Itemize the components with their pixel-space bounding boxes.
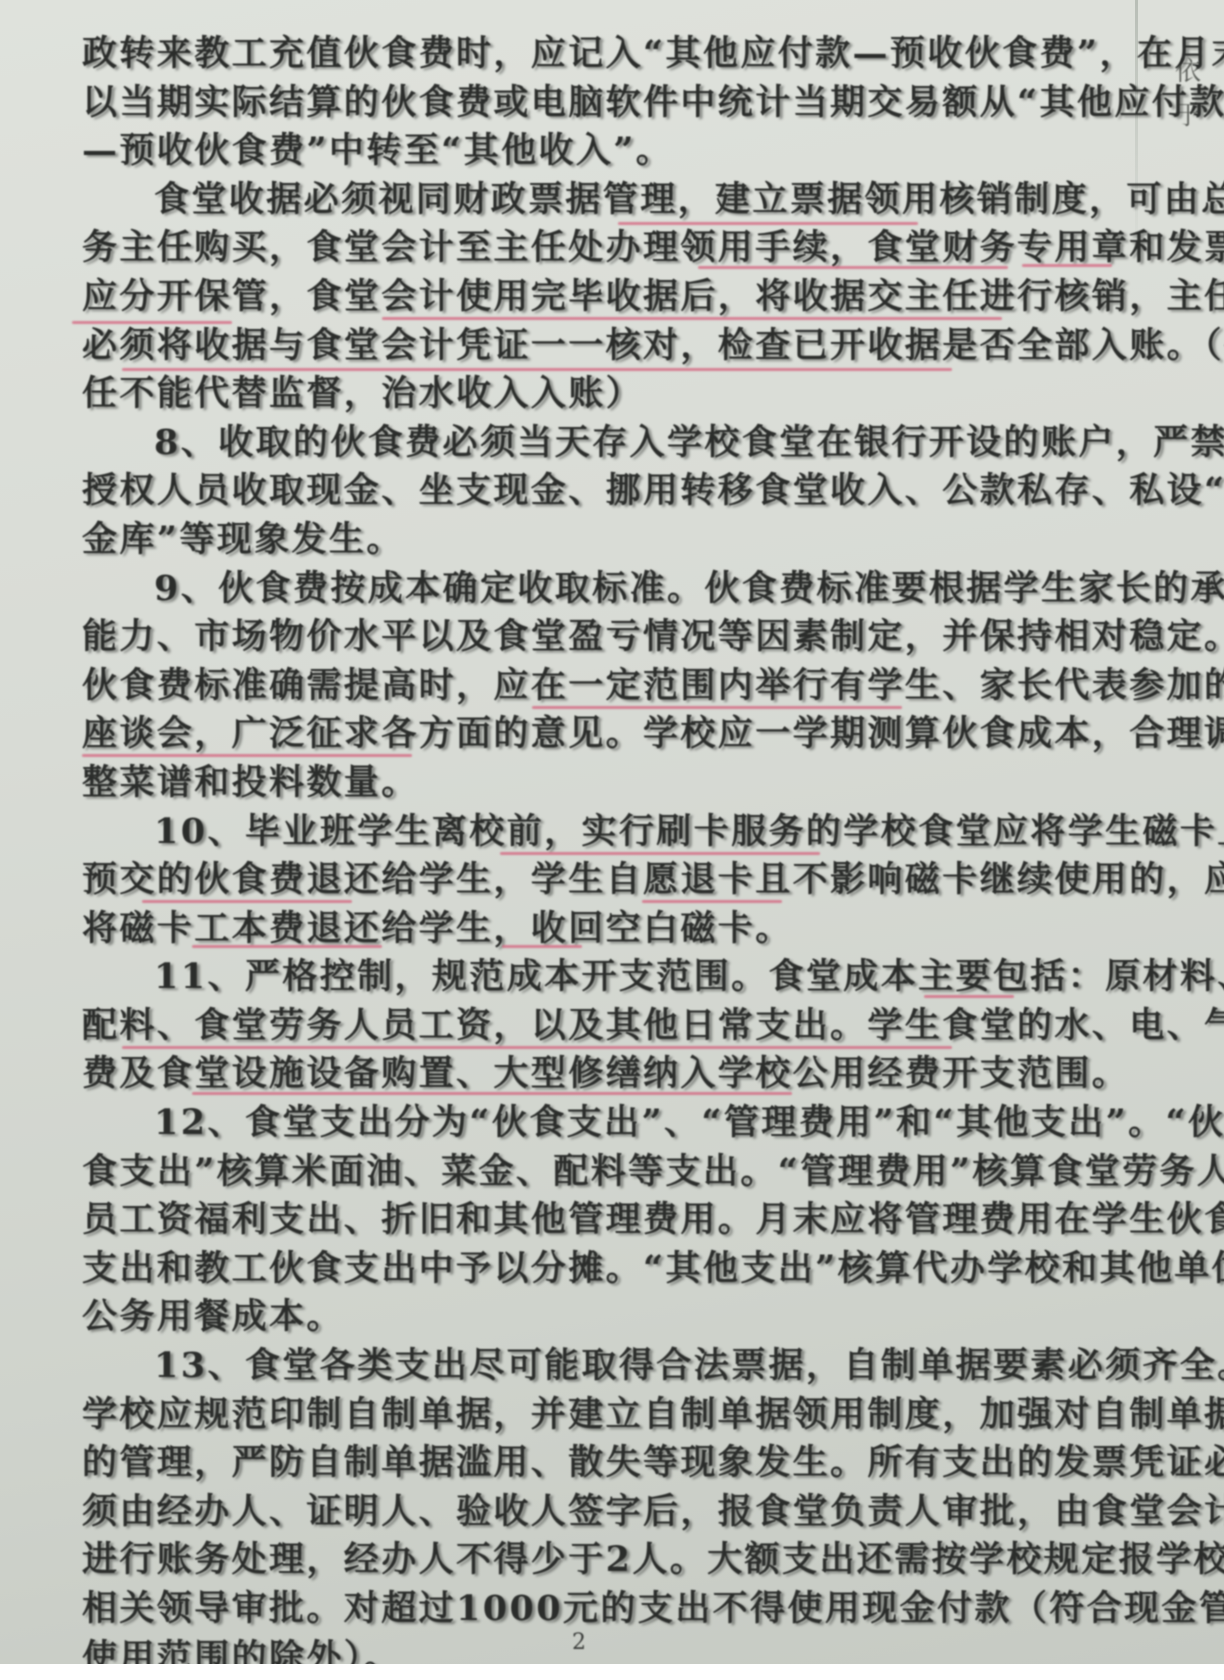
text-line-wrap: 11、严格控制，规范成本开支范围。食堂成本主要包括：原材料、 (82, 953, 1102, 1002)
text-line-wrap: 伙食费标准确需提高时，应在一定范围内举行有学生、家长代表参加的 (82, 662, 1102, 711)
text-line: 公务用餐成本。 (82, 1293, 1102, 1342)
handwritten-underline (502, 945, 582, 948)
text-line: 伙食费标准确需提高时，应在一定范围内举行有学生、家长代表参加的 (82, 665, 1224, 706)
text-line: 学校应规范印制自制单据，并建立自制单据领用制度，加强对自制单据 (82, 1391, 1102, 1440)
text-line-wrap: 应分开保管，食堂会计使用完毕收据后，将收据交主任进行核销，主任 (82, 273, 1102, 322)
text-line-wrap: 必须将收据与食堂会计凭证一一核对，检查已开收据是否全部入账。（信 (82, 322, 1102, 371)
text-line: 13、食堂各类支出尽可能取得合法票据，自制单据要素必须齐全。 (82, 1342, 1102, 1391)
text-line: 政转来教工充值伙食费时，应记入“其他应付款—预收伙食费”，在月末 (82, 30, 1102, 79)
text-line-wrap: 座谈会，广泛征求各方面的意见。学校应一学期测算伙食成本，合理调 (82, 710, 1102, 759)
text-line: 支出和教工伙食支出中予以分摊。“其他支出”核算代办学校和其他单位 (82, 1245, 1102, 1294)
text-line-wrap: 配料、食堂劳务人员工资，以及其他日常支出。学生食堂的水、电、气 (82, 1002, 1102, 1051)
handwritten-underline (192, 1092, 792, 1095)
text-line: 须由经办人、证明人、验收人签字后，报食堂负责人审批，由食堂会计 (82, 1488, 1102, 1537)
handwritten-underline (122, 1046, 952, 1049)
text-line: 相关领导审批。对超过1000元的支出不得使用现金付款（符合现金管理 (82, 1585, 1102, 1634)
text-line-wrap: 务主任购买，食堂会计至主任处办理领用手续，食堂财务专用章和发票 (82, 224, 1102, 273)
text-line: —预收伙食费”中转至“其他收入”。 (82, 127, 1102, 176)
text-line-wrap: 预交的伙食费退还给学生，学生自愿退卡且不影响磁卡继续使用的，应 (82, 856, 1102, 905)
text-line: 预交的伙食费退还给学生，学生自愿退卡且不影响磁卡继续使用的，应 (82, 859, 1224, 900)
text-line: 11、严格控制，规范成本开支范围。食堂成本主要包括：原材料、 (154, 956, 1224, 997)
document-page: 依 于 政转来教工充值伙食费时，应记入“其他应付款—预收伙食费”，在月末 以当期… (0, 0, 1224, 1664)
text-line-wrap: 10、毕业班学生离校前，实行刷卡服务的学校食堂应将学生磁卡上 (82, 808, 1102, 857)
text-line: 座谈会，广泛征求各方面的意见。学校应一学期测算伙食成本，合理调 (82, 713, 1224, 754)
text-line: 员工资福利支出、折旧和其他管理费用。月末应将管理费用在学生伙食 (82, 1196, 1102, 1245)
text-line: 费及食堂设施设备购置、大型修缮纳入学校公用经费开支范围。 (82, 1053, 1129, 1094)
text-line: 必须将收据与食堂会计凭证一一核对，检查已开收据是否全部入账。（信 (82, 325, 1224, 366)
text-line: 9、伙食费按成本确定收取标准。伙食费标准要根据学生家长的承受 (82, 565, 1102, 614)
text-line: 将磁卡工本费退还给学生，收回空白磁卡。 (82, 908, 793, 949)
handwritten-underline (642, 900, 782, 903)
text-line: 应分开保管，食堂会计使用完毕收据后，将收据交主任进行核销，主任 (82, 276, 1224, 317)
text-line: 进行账务处理，经办人不得少于2人。大额支出还需按学校规定报学校 (82, 1536, 1102, 1585)
text-line: 授权人员收取现金、坐支现金、挪用转移食堂收入、公款私存、私设“小 (82, 467, 1102, 516)
text-line: 的管理，严防自制单据滥用、散失等现象发生。所有支出的发票凭证必 (82, 1439, 1102, 1488)
handwritten-underline (924, 995, 1014, 998)
page-number: 2 (572, 1630, 586, 1655)
document-body: 政转来教工充值伙食费时，应记入“其他应付款—预收伙食费”，在月末 以当期实际结算… (82, 30, 1102, 1680)
text-line: 10、毕业班学生离校前，实行刷卡服务的学校食堂应将学生磁卡上 (154, 811, 1224, 852)
text-line: 务主任购买，食堂会计至主任处办理领用手续，食堂财务专用章和发票 (82, 227, 1224, 268)
text-line: 食支出”核算米面油、菜金、配料等支出。“管理费用”核算食堂劳务人 (82, 1148, 1102, 1197)
text-line-wrap: 将磁卡工本费退还给学生，收回空白磁卡。 (82, 905, 1102, 954)
text-line: 任不能代替监督，治水收入入账） (82, 370, 1102, 419)
text-line: 整菜谱和投料数量。 (82, 759, 1102, 808)
text-line: 食堂收据必须视同财政票据管理，建立票据领用核销制度，可由总 (154, 179, 1224, 220)
handwritten-underline (500, 852, 820, 855)
handwritten-underline (382, 317, 1002, 320)
handwritten-underline (82, 754, 412, 757)
handwritten-underline (192, 945, 382, 948)
handwritten-underline (698, 266, 1008, 269)
photo-border (0, 1664, 1224, 1680)
text-line: 12、食堂支出分为“伙食支出”、“管理费用”和“其他支出”。“伙 (82, 1099, 1102, 1148)
text-line: 金库”等现象发生。 (82, 516, 1102, 565)
text-line: 8、收取的伙食费必须当天存入学校食堂在银行开设的账户，严禁未 (82, 419, 1102, 468)
paragraph-receipts-start: 食堂收据必须视同财政票据管理，建立票据领用核销制度，可由总 (82, 176, 1102, 225)
handwritten-underline (532, 706, 902, 709)
text-line: 配料、食堂劳务人员工资，以及其他日常支出。学生食堂的水、电、气 (82, 1005, 1224, 1046)
text-line: 能力、市场物价水平以及食堂盈亏情况等因素制定，并保持相对稳定。 (82, 613, 1102, 662)
handwritten-underline (1022, 264, 1112, 267)
text-line-wrap: 费及食堂设施设备购置、大型修缮纳入学校公用经费开支范围。 (82, 1050, 1102, 1099)
text-line: 以当期实际结算的伙食费或电脑软件中统计当期交易额从“其他应付款 (82, 79, 1102, 128)
handwritten-underline (142, 900, 352, 903)
